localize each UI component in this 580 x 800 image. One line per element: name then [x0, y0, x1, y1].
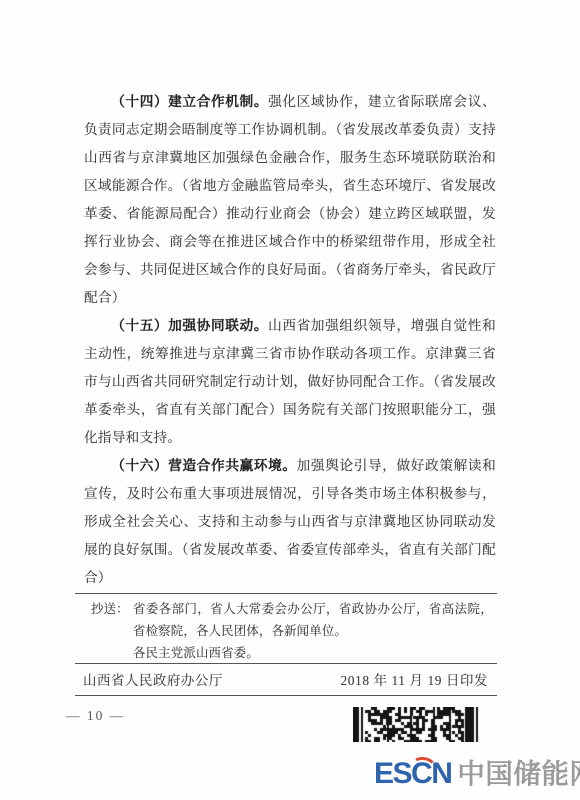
paragraph-14: （十四）建立合作机制。强化区域协作，建立省际联席会议、负责同志定期会晤制度等工作… — [84, 88, 496, 312]
cc-row: 抄送： 省委各部门，省人大常委会办公厅，省政协办公厅，省高法院，省检察院，各人民… — [75, 594, 497, 664]
document-page: （十四）建立合作机制。强化区域协作，建立省际联席会议、负责同志定期会晤制度等工作… — [0, 0, 580, 800]
paragraph-16-body: 加强舆论引导，做好政策解读和宣传，及时公布重大事项进展情况，引导各类市场主体积极… — [84, 458, 496, 585]
paragraph-15-body: 山西省加强组织领导，增强自觉性和主动性，统筹推进与京津冀三省市协作联动各项工作。… — [84, 318, 496, 445]
paragraph-15: （十五）加强协同联动。山西省加强组织领导，增强自觉性和主动性，统筹推进与京津冀三… — [84, 312, 496, 452]
paragraph-16: （十六）营造合作共赢环境。加强舆论引导，做好政策解读和宣传，及时公布重大事项进展… — [84, 452, 496, 592]
paragraph-14-body: 强化区域协作，建立省际联席会议、负责同志定期会晤制度等工作协调机制。（省发展改革… — [84, 94, 496, 305]
escn-logo-es: ES — [374, 757, 411, 790]
barcode-canvas — [353, 707, 480, 742]
paragraph-14-lead: （十四）建立合作机制。 — [111, 94, 268, 109]
cc-lines: 省委各部门，省人大常委会办公厅，省政协办公厅，省高法院，省检察院，各人民团体，各… — [133, 598, 493, 663]
paragraph-15-lead: （十五）加强协同联动。 — [111, 318, 268, 333]
page-number: — 10 — — [66, 708, 125, 724]
issuer-row: 山西省人民政府办公厅 2018 年 11 月 19 日印发 — [75, 664, 497, 695]
barcode — [353, 707, 480, 742]
escn-logo-text: ESCN — [374, 759, 451, 789]
issuer: 山西省人民政府办公厅 — [83, 670, 223, 689]
escn-logo-cn: 中国储能网 — [457, 759, 580, 789]
escn-logo-c: C — [411, 759, 431, 789]
cc-label: 抄送： — [91, 598, 133, 663]
paragraph-16-lead: （十六）营造合作共赢环境。 — [111, 458, 296, 473]
cc-line-2: 各民主党派山西省委。 — [133, 642, 493, 664]
escn-watermark: ESCN 中国储能网 — [374, 759, 580, 789]
cc-line-1: 省委各部门，省人大常委会办公厅，省政协办公厅，省高法院，省检察院，各人民团体，各… — [133, 598, 493, 642]
document-body: （十四）建立合作机制。强化区域协作，建立省际联席会议、负责同志定期会晤制度等工作… — [84, 88, 496, 592]
print-date: 2018 年 11 月 19 日印发 — [340, 670, 488, 689]
distribution-box: 抄送： 省委各部门，省人大常委会办公厅，省政协办公厅，省高法院，省检察院，各人民… — [75, 593, 497, 696]
